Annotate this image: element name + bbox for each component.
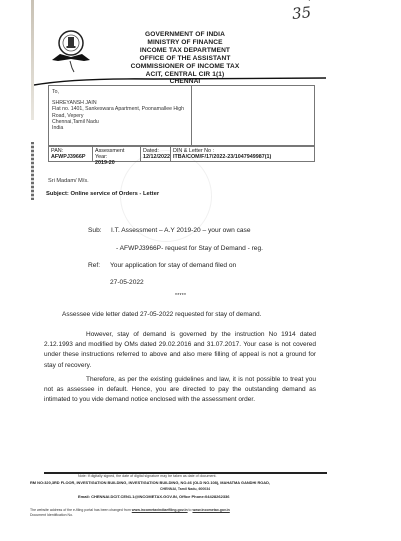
footer-office-address: RM NO:320,3RD FLOOR, INVESTIGATION BUILD… <box>30 481 330 486</box>
income-tax-emblem-icon <box>50 28 92 74</box>
dated-cell: Dated: 12/12/2022 <box>141 147 171 161</box>
addressee-blank-cell <box>192 86 314 145</box>
assessment-year-cell: Assessment Year: 2019-20 <box>93 147 141 161</box>
letterhead-line: OFFICE OF THE ASSISTANT <box>130 55 240 63</box>
handwritten-stroke <box>309 0 319 1</box>
letterhead-line: INCOME TAX DEPARTMENT <box>130 47 240 55</box>
sub-line-2: - AFWPJ3966P- request for Stay of Demand… <box>116 245 263 252</box>
dated-value: 12/12/2022 <box>143 154 168 160</box>
body-paragraph-3: Therefore, as per the existing guideline… <box>44 375 316 406</box>
footer-email-phone: Email: CHENNAI.DCIT.CEN1.1@INCOMETAX.GOV… <box>78 494 230 499</box>
letter-info-table: PAN: AFWPJ3966P Assessment Year: 2019-20… <box>48 146 315 162</box>
scan-edge-shadow <box>31 0 34 120</box>
din-cell: DIN & Letter No : ITBA/COM/F/17/2022-23/… <box>171 147 314 161</box>
footer-website-note: The website address of the e-filing port… <box>30 508 230 512</box>
subject-line: Subject: Online service of Orders - Lett… <box>46 191 159 197</box>
footer-city: CHENNAI, Tamil Nadu, 600034 <box>160 487 210 491</box>
address-line: Flat no. 1401, Sankeswara Apartment, Poo… <box>52 106 188 112</box>
footer-signature-note: Note: If digitally signed, the date of d… <box>78 474 216 478</box>
to-label: To, <box>52 89 188 95</box>
website-note-text: The website address of the e-filing port… <box>30 508 132 512</box>
pan-cell: PAN: AFWPJ3966P <box>49 147 93 161</box>
old-website-link[interactable]: www.incometaxindiaefiling.gov.in <box>132 508 188 512</box>
body-paragraph-1: Assessee vide letter dated 27-05-2022 re… <box>44 310 316 320</box>
handwritten-page-number: 35 <box>291 3 312 23</box>
address-line: India <box>52 125 188 131</box>
salutation: Sri Madam/ M/s. <box>48 178 89 184</box>
addressee-block: To, SHREYANSH JAIN Flat no. 1401, Sankes… <box>49 86 192 145</box>
body-paragraph-2: However, stay of demand is governed by t… <box>44 330 316 371</box>
letterhead-line: GOVERNMENT OF INDIA <box>130 31 240 39</box>
assessment-year-value: 2019-20 <box>95 160 138 166</box>
ref-label: Ref: <box>88 262 100 269</box>
scan-edge-marks <box>31 142 34 200</box>
letterhead-line: COMMISSIONER OF INCOME TAX <box>130 63 240 71</box>
pan-value: AFWPJ3966P <box>51 154 90 160</box>
document-identification: Document Identification No. <box>30 513 73 517</box>
new-website-link[interactable]: www.incometax.gov.in <box>192 508 229 512</box>
assessment-year-label: Assessment Year: <box>95 148 138 160</box>
letterhead-line: MINISTRY OF FINANCE <box>130 39 240 47</box>
ref-line-1: Your application for stay of demand file… <box>110 262 236 269</box>
sub-label: Sub: <box>88 227 102 234</box>
sub-line-1: I.T. Assessment – A.Y 2019-20 – your own… <box>111 227 251 234</box>
ref-line-2: 27-05-2022 <box>110 279 144 286</box>
separator: ***** <box>175 293 186 299</box>
din-value: ITBA/COM/F/17/2022-23/1047949987(1) <box>173 154 312 160</box>
addressee-box: To, SHREYANSH JAIN Flat no. 1401, Sankes… <box>48 85 315 146</box>
